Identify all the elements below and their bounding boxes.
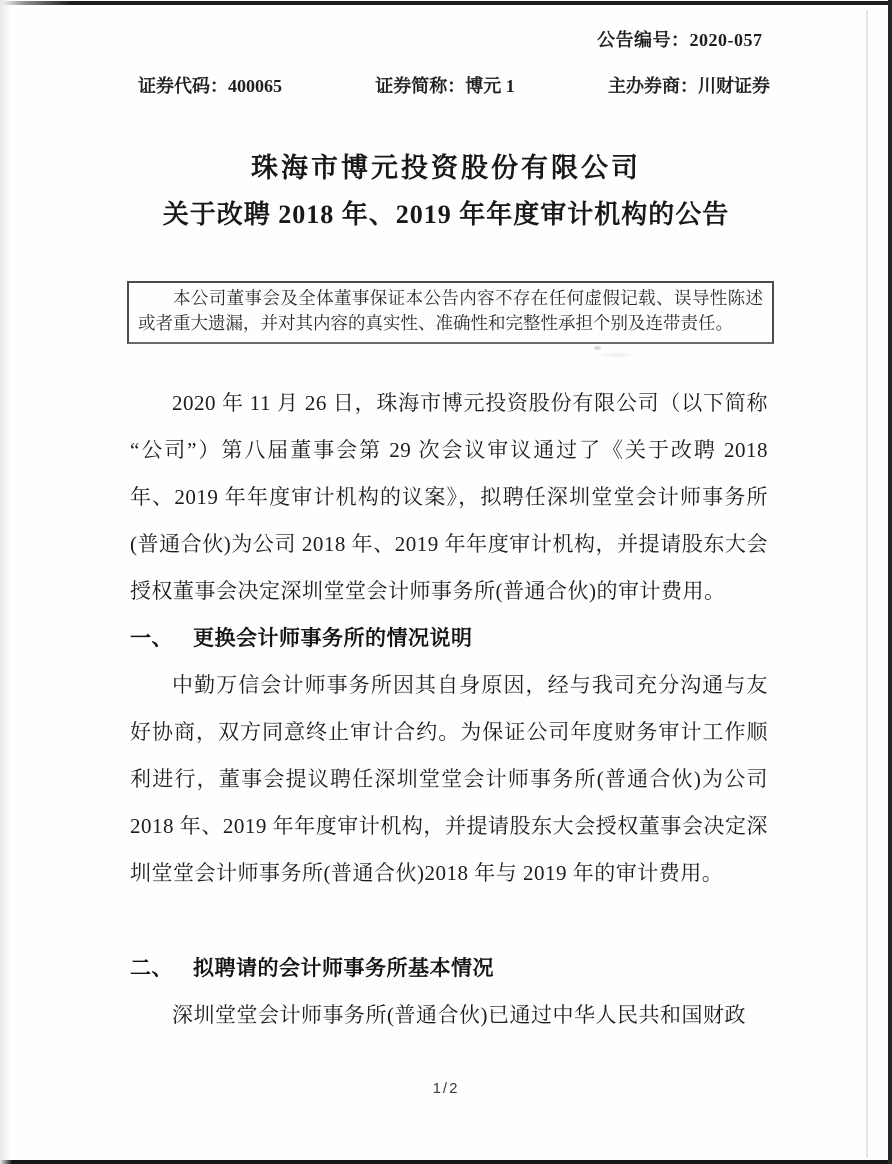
scan-smudge <box>594 346 601 350</box>
announcement-number: 公告编号：2020-057 <box>597 26 763 52</box>
body-paragraph-3: 深圳堂堂会计师事务所(普通合伙)已通过中华人民共和国财政 <box>130 992 768 1039</box>
section-heading-2-text: 拟聘请的会计师事务所基本情况 <box>193 956 494 980</box>
securities-name: 证券简称：博元 1 <box>375 72 515 98</box>
scanned-announcement-page: 公告编号：2020-057 证券代码：400065 证券简称：博元 1 主办券商… <box>0 0 892 1164</box>
body-paragraph-1: 2020 年 11 月 26 日，珠海市博元投资股份有限公司（以下简称“公司”）… <box>130 380 768 615</box>
securities-header-row: 证券代码：400065 证券简称：博元 1 主办券商：川财证券 <box>138 72 770 98</box>
section-heading-1: 一、更换会计师事务所的情况说明 <box>130 615 768 662</box>
doc-title-company: 珠海市博元投资股份有限公司 <box>0 146 892 185</box>
disclaimer-box: 本公司董事会及全体董事保证本公告内容不存在任何虚假记载、误导性陈述或者重大遗漏，… <box>127 281 774 344</box>
sponsor-broker: 主办券商：川财证券 <box>608 72 770 98</box>
page-number: 1/2 <box>0 1080 892 1097</box>
scan-edge-top <box>0 1 892 5</box>
body-paragraph-2: 中勤万信会计师事务所因其自身原因，经与我司充分沟通与友好协商，双方同意终止审计合… <box>130 662 768 897</box>
scan-smudge-faint <box>598 352 638 358</box>
section-heading-2-number: 二、 <box>130 956 173 980</box>
disclaimer-text: 本公司董事会及全体董事保证本公告内容不存在任何虚假记载、误导性陈述或者重大遗漏，… <box>138 288 763 333</box>
doc-title-subject: 关于改聘 2018 年、2019 年年度审计机构的公告 <box>0 194 892 231</box>
document-body: 2020 年 11 月 26 日，珠海市博元投资股份有限公司（以下简称“公司”）… <box>130 380 768 1039</box>
scan-edge-bottom <box>0 1160 892 1164</box>
section-heading-1-text: 更换会计师事务所的情况说明 <box>193 626 473 650</box>
section-heading-1-number: 一、 <box>130 626 173 650</box>
securities-code: 证券代码：400065 <box>138 72 282 98</box>
section-heading-2: 二、拟聘请的会计师事务所基本情况 <box>130 945 768 992</box>
